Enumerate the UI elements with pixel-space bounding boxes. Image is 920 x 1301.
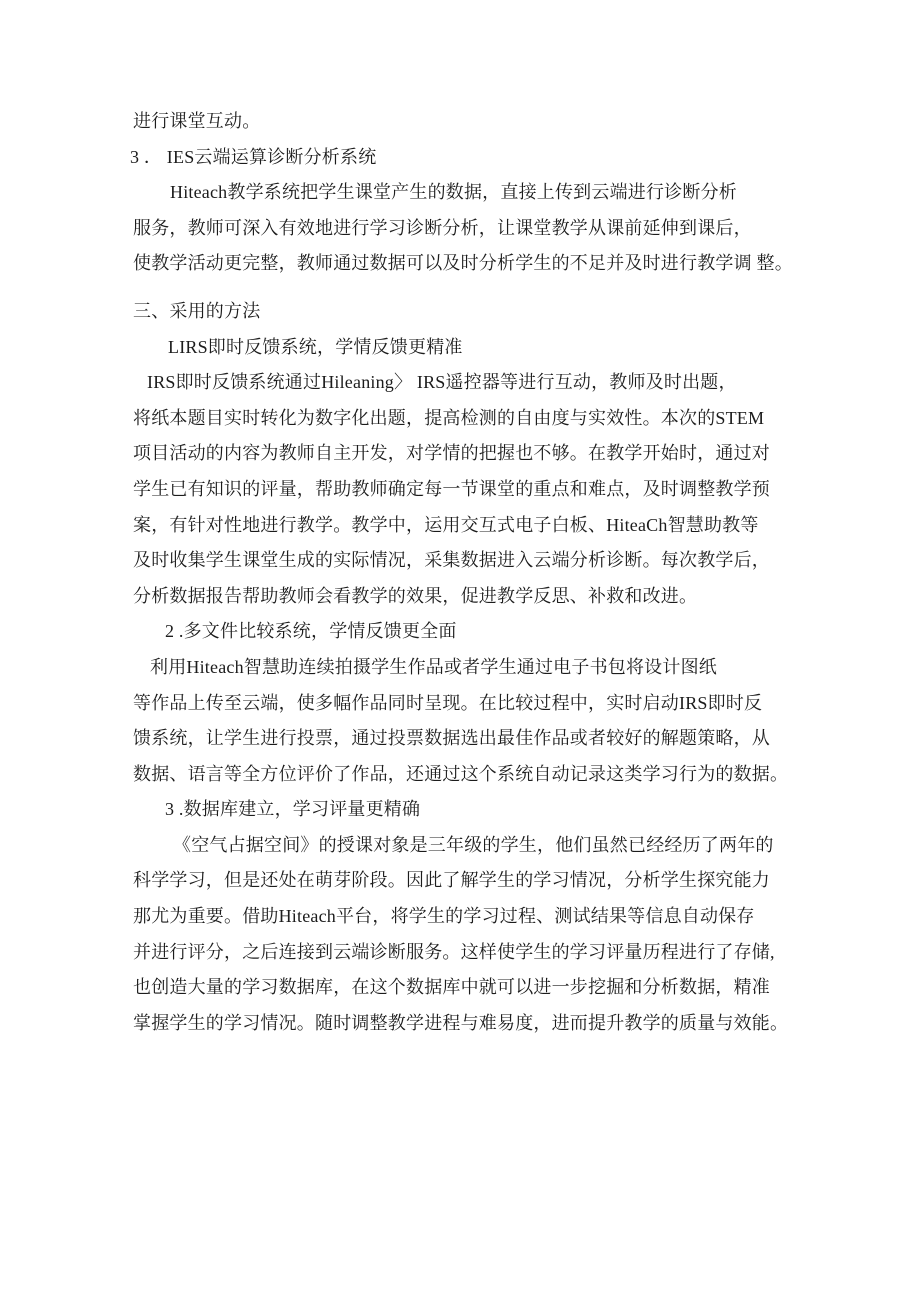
text-line: 2 .多文件比较系统，学情反馈更全面 [165,614,805,650]
text-line: 使教学活动更完整，教师通过数据可以及时分析学生的不足并及时进行教学调 整。 [133,246,805,282]
document-text-block: 进行课堂互动。3 ． IES云端运算诊断分析系统Hiteach教学系统把学生课堂… [133,104,805,1041]
text-line: 掌握学生的学习情况。随时调整教学进程与难易度，进而提升教学的质量与效能。 [133,1006,805,1042]
text-line: 《空气占据空间》的授课对象是三年级的学生，他们虽然已经经历了两年的 [173,828,805,864]
text-line: 案，有针对性地进行教学。教学中，运用交互式电子白板、HiteaCh智慧助教等 [133,508,805,544]
text-line: 那尤为重要。借助Hiteach平台，将学生的学习过程、测试结果等信息自动保存 [133,899,805,935]
text-line: 项目活动的内容为教师自主开发，对学情的把握也不够。在教学开始时，通过对 [133,436,805,472]
text-line: 也创造大量的学习数据库，在这个数据库中就可以进一步挖掘和分析数据，精准 [133,970,805,1006]
text-line: 馈系统，让学生进行投票，通过投票数据选出最佳作品或者较好的解题策略，从 [133,721,805,757]
text-line: 将纸本题目实时转化为数字化出题，提高检测的自由度与实效性。本次的STEM [133,401,805,437]
text-line: 等作品上传至云端，使多幅作品同时呈现。在比较过程中，实时启动IRS即时反 [133,686,805,722]
text-line: 分析数据报告帮助教师会看教学的效果，促进教学反思、补救和改进。 [133,579,805,615]
text-line: 3 .数据库建立，学习评量更精确 [165,792,805,828]
text-line: 三、采用的方法 [133,294,805,330]
text-line: IRS即时反馈系统通过Hileaning〉 IRS遥控器等进行互动，教师及时出题… [147,365,805,401]
text-line: 利用Hiteach智慧助连续拍摄学生作品或者学生通过电子书包将设计图纸 [150,650,805,686]
text-line: 数据、语言等全方位评价了作品，还通过这个系统自动记录这类学习行为的数据。 [133,757,805,793]
text-line: LIRS即时反馈系统，学情反馈更精准 [168,330,805,366]
text-line: 学生已有知识的评量，帮助教师确定每一节课堂的重点和难点，及时调整教学预 [133,472,805,508]
text-line: 及时收集学生课堂生成的实际情况，采集数据进入云端分析诊断。每次教学后， [133,543,805,579]
text-line: 进行课堂互动。 [133,104,805,140]
text-line: 科学学习，但是还处在萌芽阶段。因此了解学生的学习情况，分析学生探究能力 [133,863,805,899]
text-line: 并进行评分，之后连接到云端诊断服务。这样使学生的学习评量历程进行了存储, [133,935,805,971]
document-page: 进行课堂互动。3 ． IES云端运算诊断分析系统Hiteach教学系统把学生课堂… [0,0,920,1301]
text-line: 服务，教师可深入有效地进行学习诊断分析，让课堂教学从课前延伸到课后， [133,211,805,247]
text-line: Hiteach教学系统把学生课堂产生的数据，直接上传到云端进行诊断分析 [170,175,805,211]
text-line: 3 ． IES云端运算诊断分析系统 [130,140,805,176]
